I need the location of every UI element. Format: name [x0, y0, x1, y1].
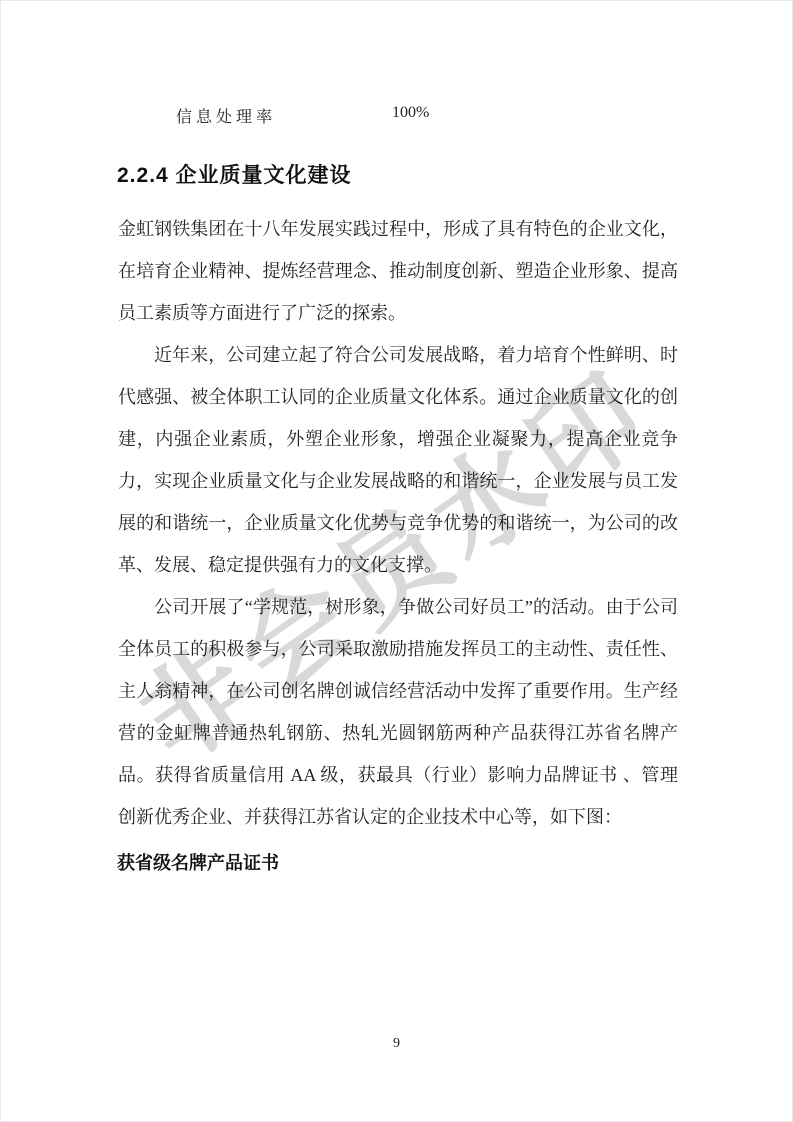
paragraph-2: 近年来，公司建立起了符合公司发展战略，着力培育个性鲜明、时代感强、被全体职工认同… — [118, 334, 678, 586]
table-cell-value: 100% — [392, 104, 429, 122]
document-page: 非会员水印 信息处理率 100% 2.2.4 企业质量文化建设 金虹钢铁集团在十… — [0, 0, 793, 1122]
body-text: 金虹钢铁集团在十八年发展实践过程中，形成了具有特色的企业文化，在培育企业精神、提… — [118, 208, 678, 838]
page-number: 9 — [1, 1036, 792, 1052]
page-content: 信息处理率 100% 2.2.4 企业质量文化建设 金虹钢铁集团在十八年发展实践… — [1, 1, 792, 1121]
paragraph-3: 公司开展了“学规范，树形象，争做公司好员工”的活动。由于公司全体员工的积极参与，… — [118, 586, 678, 838]
figure-caption: 获省级名牌产品证书 — [117, 849, 279, 875]
section-heading: 2.2.4 企业质量文化建设 — [117, 159, 352, 189]
paragraph-1: 金虹钢铁集团在十八年发展实践过程中，形成了具有特色的企业文化，在培育企业精神、提… — [118, 208, 678, 334]
table-cell-label: 信息处理率 — [176, 104, 276, 127]
